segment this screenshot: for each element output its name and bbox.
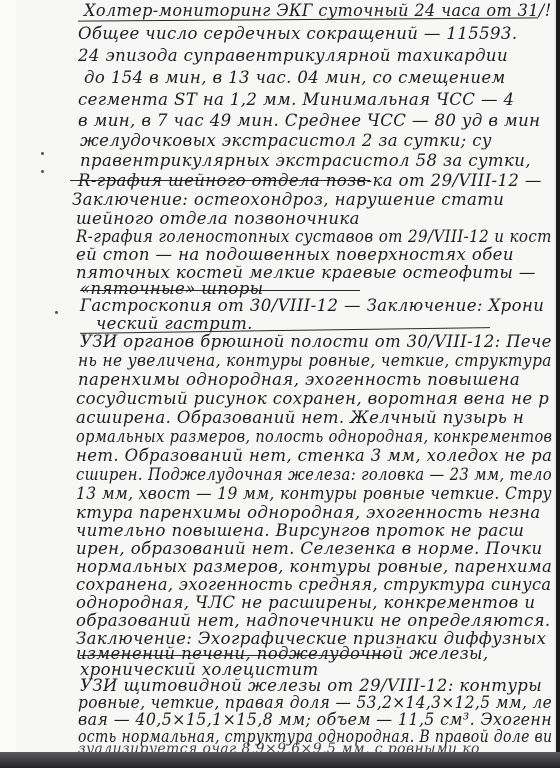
text-line: до 154 в мин, в 13 час. 04 мин, со смеще… — [84, 68, 506, 87]
text-line: сосудистый рисунок сохранен, воротная ве… — [76, 389, 549, 408]
text-line: нет. Образований нет, стенка 3 мм, холед… — [76, 446, 552, 465]
text-line: в мин, в 7 час 49 мин. Среднее ЧСС — 80 … — [78, 111, 540, 130]
text-line: 24 эпизода суправентрикулярной тахикарди… — [78, 46, 508, 65]
text-line: асширена. Образований нет. Желчный пузыр… — [76, 408, 524, 427]
scanner-edge-bottom — [0, 752, 560, 768]
left-margin — [0, 0, 16, 752]
text-line: однородная, ЧЛС не расширены, конкремент… — [76, 593, 535, 612]
text-line: образований нет, надпочечники не определ… — [76, 611, 551, 630]
text-line: Холтер-мониторинг ЭКГ суточный 24 часа о… — [84, 1, 552, 20]
text-line: сегмента ST на 1,2 мм. Минимальная ЧСС —… — [78, 90, 514, 109]
text-line: желудочковых экстрасистол 2 за сутки; су — [80, 131, 492, 150]
text-line: правентрикулярных экстрасистол 58 за сут… — [80, 151, 531, 170]
text-line: нь не увеличена, контуры ровные, четкие,… — [78, 351, 552, 370]
scanner-edge-right — [556, 0, 560, 752]
text-line: Гастроскопия от 30/VIII-12 — Заключение:… — [80, 296, 544, 315]
text-line: шейного отдела позвоночника — [76, 209, 360, 228]
text-line: паренхимы однородная, эхогенность повыше… — [78, 370, 520, 389]
text-line: УЗИ органов брюшной полости от 30/VIII-1… — [80, 332, 552, 351]
text-line: ирен, образований нет. Селезенка в норме… — [76, 539, 542, 558]
text-line: ческий гастрит. — [96, 314, 253, 333]
punch-mark — [41, 170, 44, 173]
text-line: R-графия голеностопных суставов от 29/VI… — [76, 227, 552, 246]
text-line: ей стоп — на подошвенных поверхностях об… — [76, 245, 514, 264]
text-line: 13 мм, хвост — 19 мм, контуры ровные чет… — [76, 484, 552, 503]
text-line: ормальных размеров, полость однородная, … — [76, 427, 552, 446]
text-line: R-графия шейного отдела позв-ка от 29/VI… — [78, 171, 542, 190]
text-line: Заключение: остеохондроз, нарушение стат… — [72, 190, 504, 209]
text-line: чительно повышена. Вирсунгов проток не р… — [76, 521, 524, 540]
scanned-paper-page: Холтер-мониторинг ЭКГ суточный 24 часа о… — [0, 0, 556, 752]
text-line: сохранена, эхогенность средняя, структур… — [76, 575, 551, 594]
text-line: Общее число сердечных сокращений — 11559… — [78, 24, 517, 43]
punch-mark — [41, 152, 44, 155]
text-line: нормальных размеров, контуры ровные, пар… — [76, 557, 552, 576]
text-line: ктура паренхимы однородная, эхогенность … — [76, 503, 541, 522]
text-line: сширен. Поджелудочная железа: головка — … — [76, 465, 552, 484]
punch-mark — [55, 311, 58, 314]
